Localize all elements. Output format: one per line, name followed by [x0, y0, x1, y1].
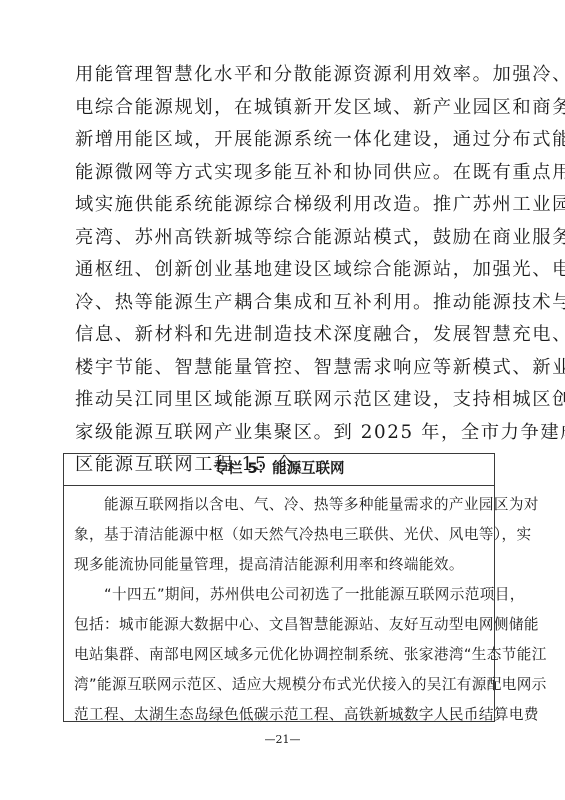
- box-body: 能源互联网指以含电、气、冷、热等多种能量需求的产业园区为对 象，基于清洁能源中枢…: [64, 486, 494, 732]
- box-title: 专栏 5：能源互联网: [64, 454, 494, 486]
- text-line: 能源微网等方式实现多能互补和协同供应。在既有重点用能区: [75, 160, 515, 193]
- box-text-line: 范工程、太湖生态岛绿色低碳示范工程、高铁新城数字人民币结算电费: [74, 702, 486, 732]
- document-page: 用能管理智慧化水平和分散能源资源利用效率。加强冷、热、 电综合能源规划，在城镇新…: [0, 0, 565, 800]
- box-text-line: 象，基于清洁能源中枢（如天然气冷热电三联供、光伏、风电等），实: [74, 522, 486, 552]
- text-line: 推动吴江同里区域能源互联网示范区建设，支持相城区创建国: [75, 387, 515, 420]
- text-line: 通枢纽、创新创业基地建设区域综合能源站，加强光、电、气、: [75, 257, 515, 290]
- box-text-line: 现多能流协同能量管理，提高清洁能源利用率和终端能效。: [74, 552, 486, 582]
- text-line: 楼宇节能、智慧能量管控、智慧需求响应等新模式、新业态。: [75, 355, 515, 388]
- box-text-line: 包括：城市能源大数据中心、文昌智慧能源站、友好互动型电网侧储能: [74, 612, 486, 642]
- text-line: 用能管理智慧化水平和分散能源资源利用效率。加强冷、热、: [75, 62, 515, 95]
- box-text-line: 能源互联网指以含电、气、冷、热等多种能量需求的产业园区为对: [74, 492, 486, 522]
- page-number: —21—: [0, 733, 565, 746]
- text-line: 冷、热等能源生产耦合集成和互补利用。推动能源技术与现代: [75, 290, 515, 323]
- box-text-line: 湾”能源互联网示范区、适应大规模分布式光伏接入的吴江有源配电网示: [74, 672, 486, 702]
- text-line: 新增用能区域，开展能源系统一体化建设，通过分布式能源、: [75, 127, 515, 160]
- box-text-line: 电站集群、南部电网区域多元优化协调控制系统、张家港湾“生态节能江: [74, 642, 486, 672]
- sidebar-box-energy-internet: 专栏 5：能源互联网 能源互联网指以含电、气、冷、热等多种能量需求的产业园区为对…: [63, 453, 495, 722]
- text-line: 家级能源互联网产业集聚区。到 2025 年，全市力争建成产业园: [75, 420, 515, 453]
- body-paragraph: 用能管理智慧化水平和分散能源资源利用效率。加强冷、热、 电综合能源规划，在城镇新…: [75, 62, 515, 485]
- box-text-line: “十四五”期间，苏州供电公司初选了一批能源互联网示范项目，: [74, 582, 486, 612]
- text-line: 电综合能源规划，在城镇新开发区域、新产业园区和商务区等: [75, 95, 515, 128]
- text-line: 亮湾、苏州高铁新城等综合能源站模式，鼓励在商业服务、交: [75, 225, 515, 258]
- text-line: 信息、新材料和先进制造技术深度融合，发展智慧充电、智慧: [75, 322, 515, 355]
- text-line: 域实施供能系统能源综合梯级利用改造。推广苏州工业园区月: [75, 192, 515, 225]
